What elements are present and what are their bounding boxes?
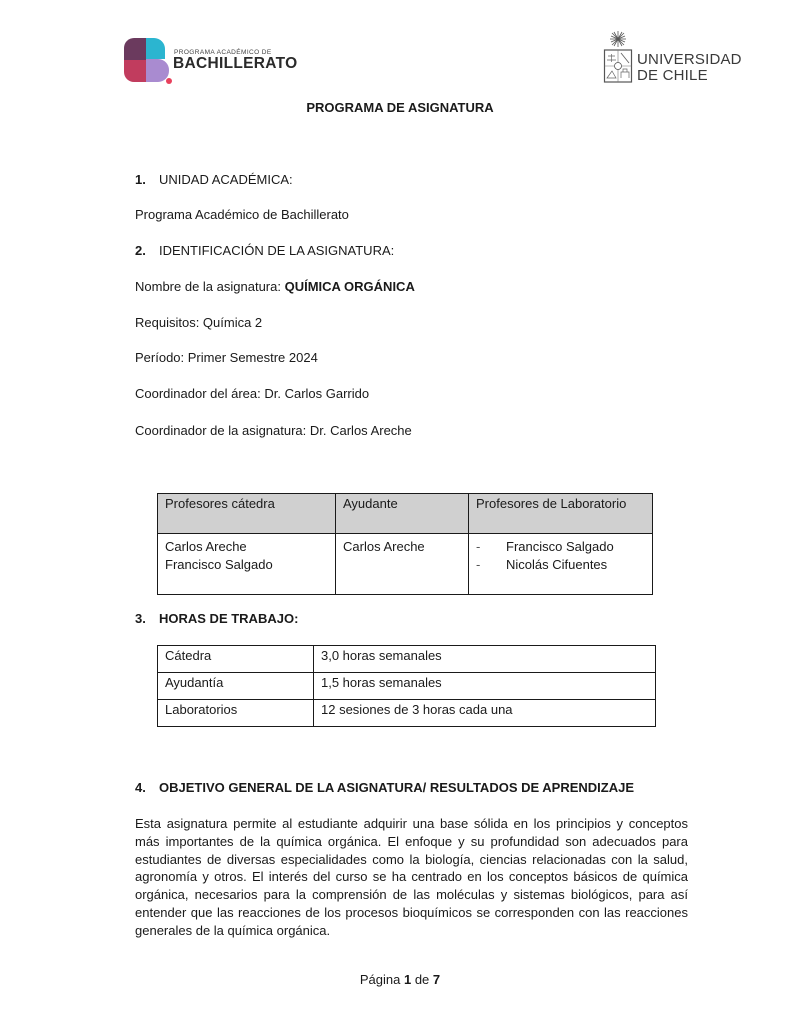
field-label: Coordinador del área:	[135, 386, 264, 401]
catedra-cell: Carlos Areche Francisco Salgado	[158, 534, 336, 595]
universidad-de-chile-logo: UNIVERSIDAD DE CHILE	[603, 30, 743, 86]
table-row: Ayudantía 1,5 horas semanales	[158, 673, 656, 700]
section-title: IDENTIFICACIÓN DE LA ASIGNATURA:	[159, 243, 394, 258]
section-4-heading: 4.OBJETIVO GENERAL DE LA ASIGNATURA/ RES…	[135, 780, 634, 796]
hours-label: Cátedra	[158, 646, 314, 673]
header-cell: Profesores cátedra	[158, 494, 336, 534]
section-number: 3.	[135, 611, 159, 627]
table-row: Carlos Areche Francisco Salgado Carlos A…	[158, 534, 653, 595]
field-value: Dr. Carlos Garrido	[264, 386, 369, 401]
header-cell: Profesores de Laboratorio	[469, 494, 653, 534]
hours-value: 12 sesiones de 3 horas cada una	[314, 700, 656, 727]
field-course-coordinator: Coordinador de la asignatura: Dr. Carlos…	[135, 423, 412, 439]
hours-label: Ayudantía	[158, 673, 314, 700]
objective-paragraph: Esta asignatura permite al estudiante ad…	[135, 815, 688, 940]
hours-value: 1,5 horas semanales	[314, 673, 656, 700]
field-label: Coordinador de la asignatura:	[135, 423, 310, 438]
total-pages: 7	[433, 972, 440, 987]
field-period: Período: Primer Semestre 2024	[135, 350, 318, 366]
hours-value: 3,0 horas semanales	[314, 646, 656, 673]
field-value: QUÍMICA ORGÁNICA	[285, 279, 415, 294]
field-area-coordinator: Coordinador del área: Dr. Carlos Garrido	[135, 386, 369, 402]
section-number: 2.	[135, 243, 159, 259]
field-label: Nombre de la asignatura:	[135, 279, 285, 294]
ayudante-cell: Carlos Areche	[336, 534, 469, 595]
section-1-heading: 1.UNIDAD ACADÉMICA:	[135, 172, 293, 188]
section-title: OBJETIVO GENERAL DE LA ASIGNATURA/ RESUL…	[159, 780, 634, 795]
dash-bullet-icon: -	[476, 538, 506, 556]
field-course-name: Nombre de la asignatura: QUÍMICA ORGÁNIC…	[135, 279, 415, 295]
university-name-line2: DE CHILE	[637, 68, 708, 84]
field-value: Dr. Carlos Areche	[310, 423, 412, 438]
field-requirements: Requisitos: Química 2	[135, 315, 262, 331]
professor-name: Carlos Areche	[165, 538, 335, 556]
page-middle: de	[411, 972, 433, 987]
header-cell: Ayudante	[336, 494, 469, 534]
staff-table: Profesores cátedra Ayudante Profesores d…	[157, 493, 653, 595]
bachillerato-logo: PROGRAMA ACADÉMICO DE BACHILLERATO	[124, 38, 294, 84]
dash-bullet-icon: -	[476, 556, 506, 574]
section-title: UNIDAD ACADÉMICA:	[159, 172, 293, 187]
field-label: Requisitos:	[135, 315, 203, 330]
lab-professor-name: Francisco Salgado	[506, 538, 614, 556]
assistant-name: Carlos Areche	[343, 538, 468, 556]
hours-table: Cátedra 3,0 horas semanales Ayudantía 1,…	[157, 645, 656, 727]
table-row: Laboratorios 12 sesiones de 3 horas cada…	[158, 700, 656, 727]
list-item: - Francisco Salgado	[476, 538, 652, 556]
table-header-row: Profesores cátedra Ayudante Profesores d…	[158, 494, 653, 534]
section-number: 4.	[135, 780, 159, 796]
section-2-heading: 2.IDENTIFICACIÓN DE LA ASIGNATURA:	[135, 243, 394, 259]
section-title: HORAS DE TRABAJO:	[159, 611, 298, 626]
laboratorio-cell: - Francisco Salgado - Nicolás Cifuentes	[469, 534, 653, 595]
field-value: Química 2	[203, 315, 262, 330]
lab-professor-name: Nicolás Cifuentes	[506, 556, 607, 574]
bachillerato-logo-icon	[124, 38, 172, 84]
logo-title: BACHILLERATO	[173, 55, 297, 73]
university-name-line1: UNIVERSIDAD	[637, 52, 742, 68]
table-row: Cátedra 3,0 horas semanales	[158, 646, 656, 673]
hours-label: Laboratorios	[158, 700, 314, 727]
list-item: - Nicolás Cifuentes	[476, 556, 652, 574]
academic-unit-value: Programa Académico de Bachillerato	[135, 207, 349, 223]
document-title: PROGRAMA DE ASIGNATURA	[0, 100, 800, 115]
section-number: 1.	[135, 172, 159, 188]
page-prefix: Página	[360, 972, 404, 987]
section-3-heading: 3.HORAS DE TRABAJO:	[135, 611, 298, 627]
field-value: Primer Semestre 2024	[188, 350, 318, 365]
field-label: Período:	[135, 350, 188, 365]
universidad-de-chile-crest-icon	[603, 30, 633, 84]
page-number: Página 1 de 7	[0, 972, 800, 987]
professor-name: Francisco Salgado	[165, 556, 335, 574]
